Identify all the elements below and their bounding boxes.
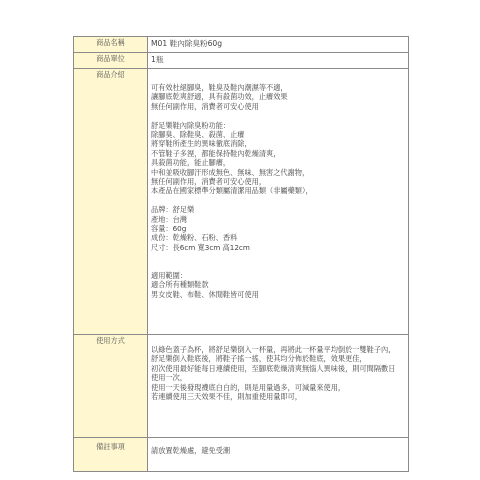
label-usage: 使用方式 bbox=[74, 335, 148, 438]
features-line: 不管鞋子多溼，都能保持鞋內乾燥清爽， bbox=[151, 149, 406, 158]
spec-origin: 產地：台灣 bbox=[151, 215, 406, 224]
value-notes: 請放置乾燥處，避免受潮 bbox=[148, 438, 409, 472]
scope-line: 男女皮鞋、布鞋、休閒鞋皆可使用 bbox=[151, 290, 406, 299]
features-line: 中和並吸收腳汗形成無色、無味、無害之代謝物， bbox=[151, 168, 406, 177]
usage-line: 舒足樂倒入鞋底後，將鞋子搖一搖，使其均分佈於鞋底，效果更佳， bbox=[151, 354, 406, 363]
row-notes: 備註事項 請放置乾燥處，避免受潮 bbox=[74, 438, 409, 472]
label-notes: 備註事項 bbox=[74, 438, 148, 472]
intro-line: 無任何副作用，消費者可安心使用 bbox=[151, 102, 406, 111]
usage-line: 使用一天後發現襪底白白的，則是用量過多，可減量來使用， bbox=[151, 383, 406, 392]
value-product-unit: 1瓶 bbox=[148, 53, 409, 69]
intro-line: 可有效杜絕腳臭，鞋臭及鞋內潮濕等不適， bbox=[151, 83, 406, 92]
scope-line: 適合所有種類鞋款 bbox=[151, 280, 406, 289]
usage-line: 使用一次， bbox=[151, 373, 406, 382]
features-line: 具殺菌功能，能止腳癢， bbox=[151, 158, 406, 167]
features-heading: 舒足樂鞋內除臭粉功能： bbox=[151, 121, 406, 130]
spec-capacity: 容量：60g bbox=[151, 224, 406, 233]
value-usage: 以綠色蓋子為杯，將舒足樂倒入一杯量，再將此一杯量平均倒於一雙鞋子內， 舒足樂倒入… bbox=[148, 335, 409, 438]
scope-heading: 適用範圍： bbox=[151, 271, 406, 280]
product-spec-table: 商品名稱 M01 鞋內除臭粉60g 商品單位 1瓶 商品介紹 可有效杜絕腳臭，鞋… bbox=[73, 36, 409, 472]
row-product-unit: 商品單位 1瓶 bbox=[74, 53, 409, 69]
spec-size: 尺寸：長6cm 寬3cm 高12cm bbox=[151, 243, 406, 252]
intro-line: 讓腳底乾爽舒適，具有殺菌功效，止癢效果 bbox=[151, 92, 406, 101]
usage-line: 初次使用最好能每日連續使用，至腳底乾燥清爽無惱人異味後，則可間隔數日 bbox=[151, 364, 406, 373]
usage-line: 若連續使用三天效果不佳，則加重使用量即可， bbox=[151, 392, 406, 401]
row-product-intro: 商品介紹 可有效杜絕腳臭，鞋臭及鞋內潮濕等不適， 讓腳底乾爽舒適，具有殺菌功效，… bbox=[74, 69, 409, 335]
features-line: 無任何副作用，消費者可安心使用， bbox=[151, 177, 406, 186]
features-line: 除腳臭、除鞋臭、殺菌、止癢 bbox=[151, 130, 406, 139]
spec-brand: 品牌：舒足樂 bbox=[151, 205, 406, 214]
row-usage: 使用方式 以綠色蓋子為杯，將舒足樂倒入一杯量，再將此一杯量平均倒於一雙鞋子內， … bbox=[74, 335, 409, 438]
label-product-intro: 商品介紹 bbox=[74, 69, 148, 335]
features-line: 將穿鞋所產生的異味徹底消除， bbox=[151, 139, 406, 148]
label-product-name: 商品名稱 bbox=[74, 37, 148, 53]
spec-ingredients: 成份：乾燥粉、石粉、香料 bbox=[151, 233, 406, 242]
label-product-unit: 商品單位 bbox=[74, 53, 148, 69]
value-product-intro: 可有效杜絕腳臭，鞋臭及鞋內潮濕等不適， 讓腳底乾爽舒適，具有殺菌功效，止癢效果 … bbox=[148, 69, 409, 335]
usage-line: 以綠色蓋子為杯，將舒足樂倒入一杯量，再將此一杯量平均倒於一雙鞋子內， bbox=[151, 345, 406, 354]
value-product-name: M01 鞋內除臭粉60g bbox=[148, 37, 409, 53]
features-line: 本產品在國家標準分類屬清潔用品類（非屬藥類）， bbox=[151, 186, 406, 195]
row-product-name: 商品名稱 M01 鞋內除臭粉60g bbox=[74, 37, 409, 53]
